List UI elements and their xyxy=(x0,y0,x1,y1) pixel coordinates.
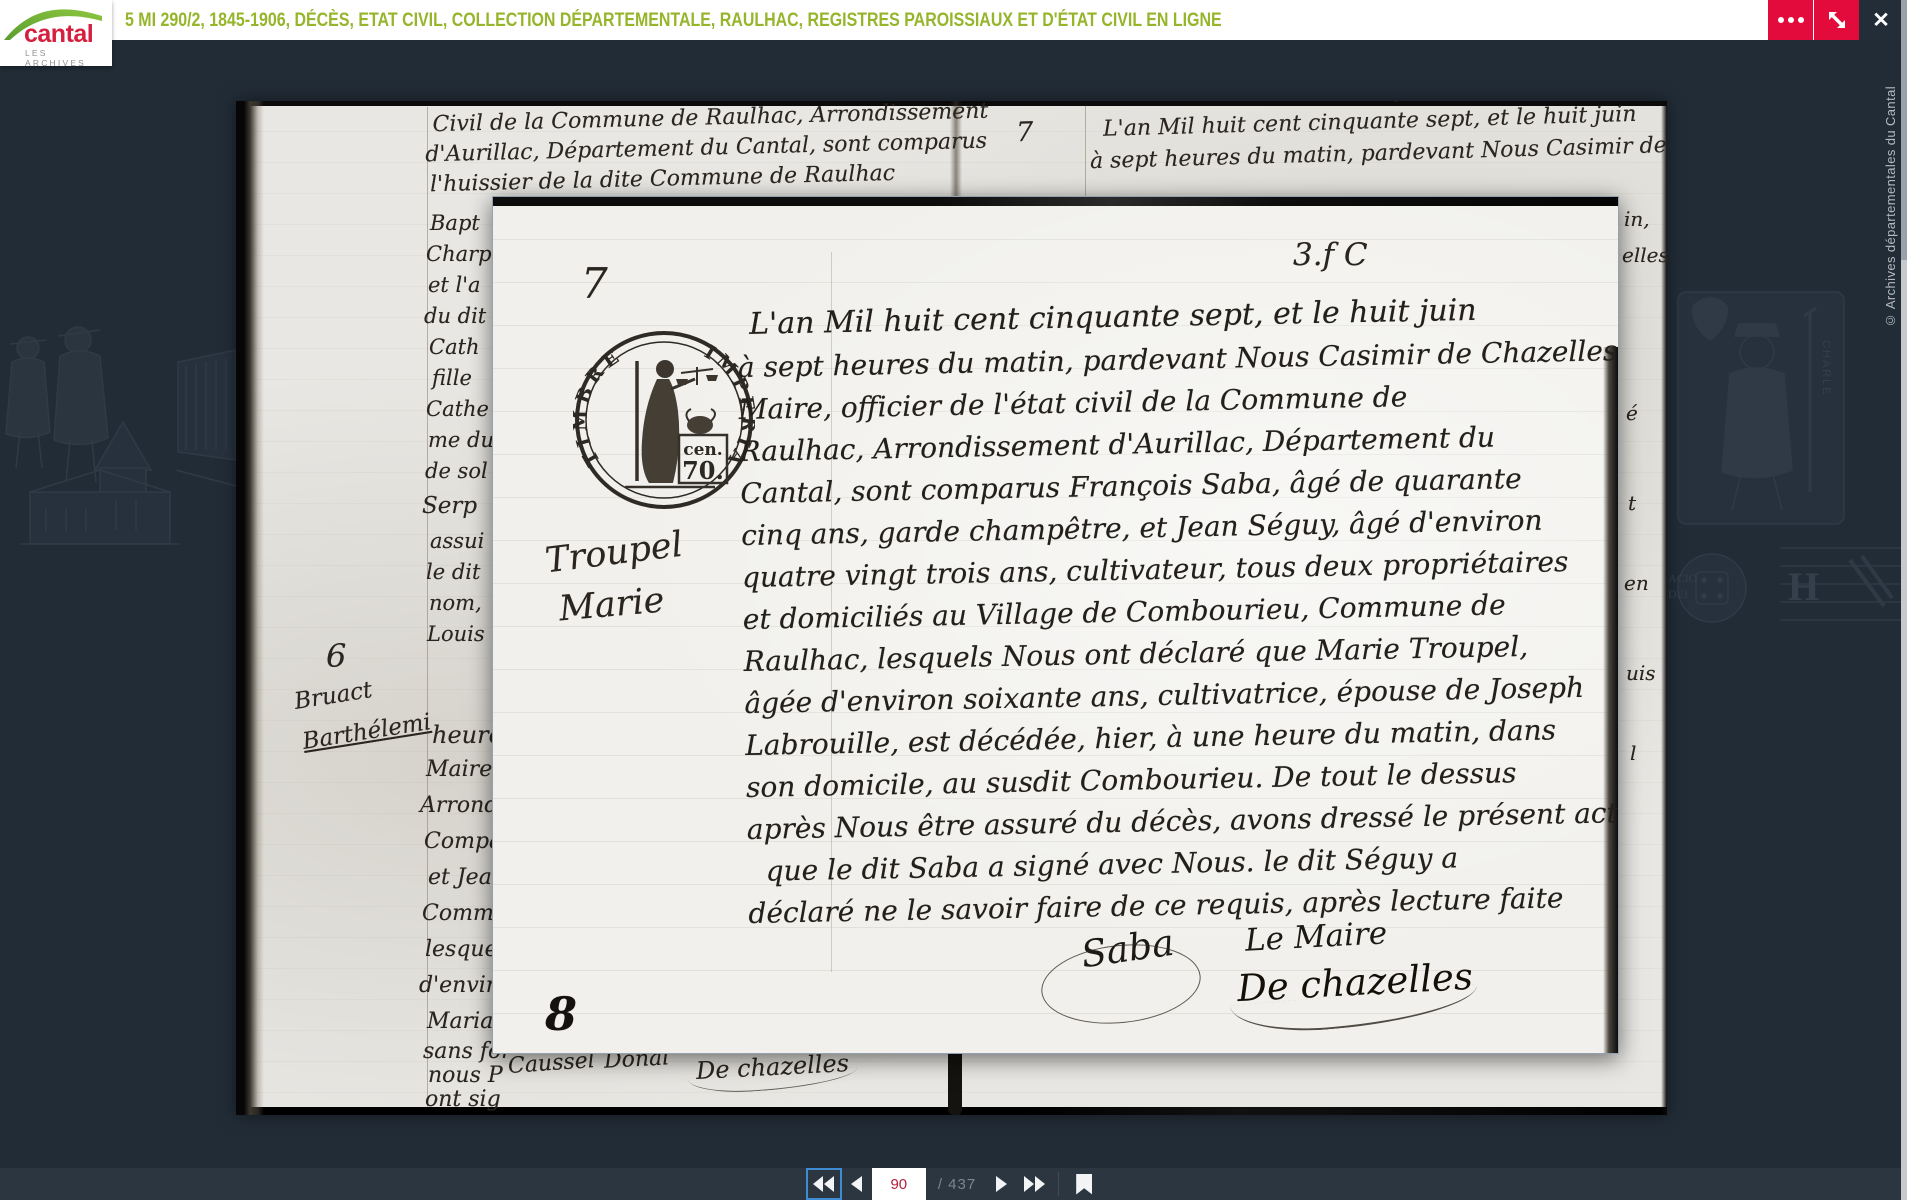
manuscript-word: assui xyxy=(430,529,484,553)
svg-text:ACIO: ACIO xyxy=(1668,571,1698,585)
manuscript-fragment: é xyxy=(1626,401,1638,425)
manuscript-word: fille xyxy=(432,366,472,390)
act-line: son domicile, au susdit Combourieu. De t… xyxy=(746,756,1517,804)
bookmark-page-button[interactable] xyxy=(1067,1168,1101,1200)
manuscript-word: me du xyxy=(428,428,494,452)
close-viewer-button[interactable]: ✕ xyxy=(1859,0,1903,40)
svg-text:DEI: DEI xyxy=(1668,587,1688,601)
manuscript-fragment: in, xyxy=(1624,207,1650,231)
cantal-archives-logo[interactable]: cantal LES ARCHIVES xyxy=(0,0,112,66)
fullscreen-button[interactable] xyxy=(1814,0,1859,40)
act-line: Labrouille, est décédée, hier, à une heu… xyxy=(745,713,1556,762)
margin-note-name: Bruact xyxy=(292,677,374,715)
manuscript-word: nom, xyxy=(429,591,482,615)
next-act-number: 8 xyxy=(545,987,577,1041)
act-number-right: 7 xyxy=(1016,117,1034,148)
right-chevron-icon xyxy=(996,1176,1007,1192)
manuscript-line: l'huissier de la dite Commune de Raulhac xyxy=(430,161,896,197)
act-line: Cantal, sont comparus François Saba, âgé… xyxy=(740,462,1522,510)
manuscript-fragment: elles, xyxy=(1622,243,1667,267)
ellipsis-icon xyxy=(1778,17,1804,23)
right-page-margin-rule xyxy=(1085,106,1086,196)
left-chevron-icon xyxy=(851,1176,862,1192)
more-options-button[interactable] xyxy=(1768,0,1813,40)
act-line: à sept heures du matin, pardevant Nous C… xyxy=(738,334,1619,384)
manuscript-word: et l'a xyxy=(428,273,481,297)
signature-mayor-title: Le Maire xyxy=(1244,915,1388,958)
scan-binding-edge xyxy=(236,101,264,1115)
act-line: Raulhac, Arrondissement d'Aurillac, Dépa… xyxy=(739,421,1495,468)
manuscript-word: Cath xyxy=(429,335,480,359)
manuscript-fragment: uis xyxy=(1626,661,1656,685)
manuscript-fragment: l xyxy=(1630,741,1636,765)
resize-diagonal-icon xyxy=(1825,8,1849,32)
act-line: L'an Mil huit cent cinquante sept, et le… xyxy=(749,293,1477,342)
previous-page-button[interactable] xyxy=(842,1168,872,1200)
act-line: Maire, officier de l'état civil de la Co… xyxy=(738,380,1407,426)
scrollbar-thumb[interactable] xyxy=(1901,0,1907,260)
next-page-button[interactable] xyxy=(986,1168,1016,1200)
act-text-block: L'an Mil huit cent cinquante sept, et le… xyxy=(492,196,1619,1054)
logo-subtitle-text: LES ARCHIVES xyxy=(25,48,112,68)
act-line: cinq ans, garde champêtre, et Jean Séguy… xyxy=(741,504,1543,552)
manuscript-word: de sol xyxy=(425,459,488,483)
manuscript-word: Charp xyxy=(426,242,492,266)
manuscript-word: Serp xyxy=(422,493,477,519)
manuscript-word: Bapt xyxy=(430,211,480,235)
manuscript-fragment: t xyxy=(1628,491,1636,515)
act-line: quatre vingt trois ans, cultivateur, tou… xyxy=(742,545,1569,594)
act-number-left: 6 xyxy=(326,637,346,675)
act-line: après Nous être assuré du décès, avons d… xyxy=(747,796,1619,846)
top-header-bar: 5 MI 290/2, 1845-1906, DÉCÈS, ETAT CIVIL… xyxy=(0,0,1907,40)
magnifier-overlay[interactable]: 3.f C 7 TIMBRE IMPERIAL. xyxy=(492,196,1619,1054)
manuscript-word: Cathe xyxy=(426,397,489,421)
bookmark-icon xyxy=(1076,1174,1092,1195)
act-line: que le dit Saba a signé avec Nous. le di… xyxy=(765,841,1458,887)
double-left-chevron-icon xyxy=(813,1176,835,1192)
manuscript-word: le dit xyxy=(426,560,480,584)
document-title: 5 MI 290/2, 1845-1906, DÉCÈS, ETAT CIVIL… xyxy=(125,0,1222,40)
act-line: Raulhac, lesquels Nous ont déclaré que M… xyxy=(743,630,1528,678)
logo-brand-text: cantal xyxy=(24,22,93,47)
page-scrollbar[interactable] xyxy=(1901,0,1907,1200)
act-line: âgée d'environ soixante ans, cultivatric… xyxy=(744,671,1584,720)
svg-text:H: H xyxy=(1788,564,1819,609)
manuscript-word: Maire, xyxy=(426,757,499,782)
manuscript-word: ont sig xyxy=(425,1087,501,1112)
manuscript-word: nous P xyxy=(428,1063,503,1088)
last-page-button[interactable] xyxy=(1016,1168,1054,1200)
double-right-chevron-icon xyxy=(1024,1176,1046,1192)
close-icon: ✕ xyxy=(1872,10,1890,31)
page-total-label: / 437 xyxy=(926,1176,986,1193)
copyright-credit: © Archives départementales du Cantal xyxy=(1883,86,1898,328)
page-number-input[interactable] xyxy=(872,1168,926,1200)
manuscript-word: du dit xyxy=(424,304,486,328)
act-line: et domiciliés au Village de Combourieu, … xyxy=(743,588,1506,636)
pagination-bar: / 437 xyxy=(0,1168,1907,1200)
svg-text:CHARLE: CHARLE xyxy=(1820,340,1832,397)
first-page-button[interactable] xyxy=(806,1168,842,1200)
manuscript-fragment: en xyxy=(1624,571,1649,595)
viewer-stage: CHARLE ACIO DEI H Civil de la Commune de… xyxy=(0,0,1907,1200)
margin-note-name: Barthélemi xyxy=(301,709,433,755)
manuscript-word: Louis xyxy=(427,622,485,646)
toolbar-divider xyxy=(1058,1172,1059,1196)
